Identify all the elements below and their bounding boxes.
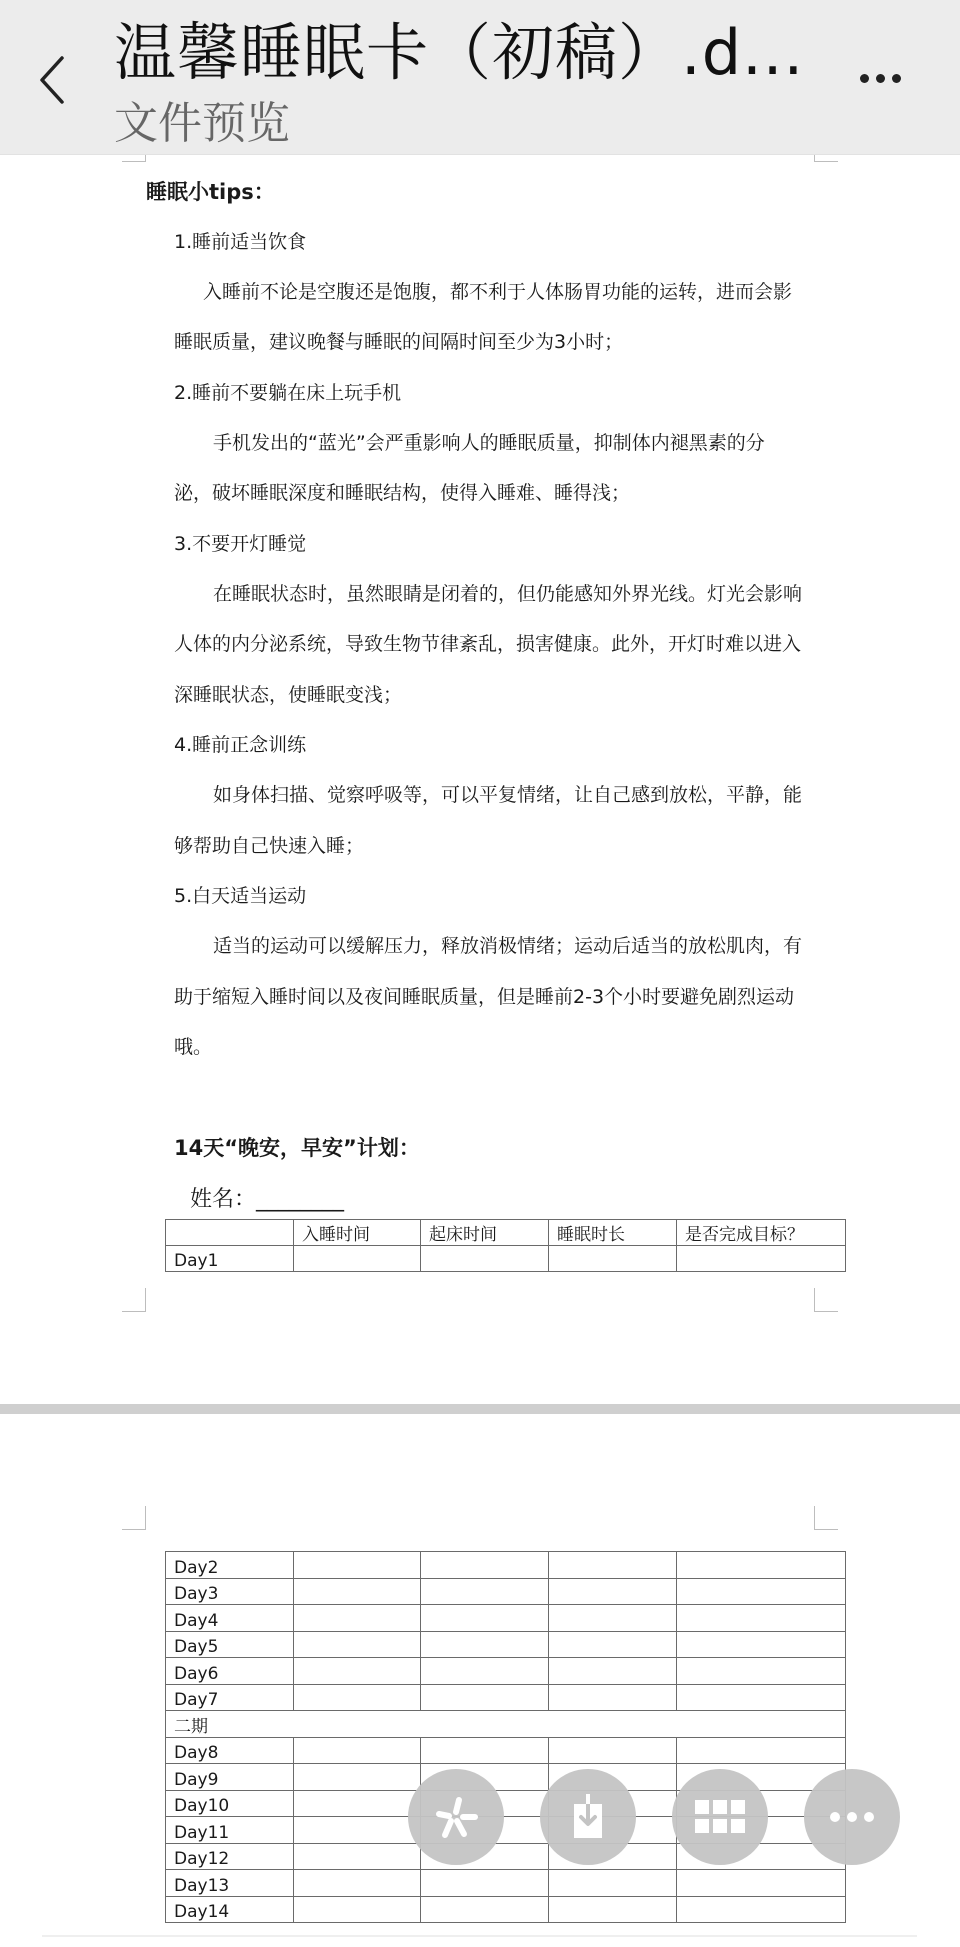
sleep-plan-table-page1: 入睡时间 起床时间 睡眠时长 是否完成目标？ Day1 bbox=[165, 1219, 846, 1272]
table-cell bbox=[677, 1631, 846, 1658]
more-horizontal-icon bbox=[829, 1811, 875, 1823]
table-cell bbox=[421, 1870, 549, 1897]
back-button[interactable] bbox=[34, 48, 74, 108]
tip-body-line: 助于缩短入睡时间以及夜间睡眠质量，但是睡前2-3个小时要避免剧烈运动 bbox=[174, 982, 794, 1009]
more-horizontal-icon bbox=[860, 74, 869, 83]
table-cell bbox=[294, 1631, 421, 1658]
day-label-cell: Day5 bbox=[166, 1631, 294, 1658]
day-label-cell: Day14 bbox=[166, 1896, 294, 1923]
tip-body-line: 在睡眠状态时，虽然眼睛是闭着的，但仍能感知外界光线。灯光会影响 bbox=[213, 579, 802, 606]
save-download-button[interactable] bbox=[540, 1769, 636, 1865]
table-cell bbox=[677, 1658, 846, 1685]
table-cell bbox=[421, 1605, 549, 1632]
table-header-cell: 入睡时间 bbox=[294, 1220, 421, 1246]
day-label-cell: Day3 bbox=[166, 1578, 294, 1605]
tip-body-line: 深睡眠状态，使睡眠变浅； bbox=[174, 680, 402, 707]
table-cell bbox=[421, 1658, 549, 1685]
page-separator bbox=[0, 1404, 960, 1414]
table-row: Day2 bbox=[166, 1552, 846, 1579]
day-label-cell: Day1 bbox=[166, 1246, 294, 1272]
tip-body-line: 睡眠质量，建议晚餐与睡眠的间隔时间至少为3小时； bbox=[174, 327, 623, 354]
table-cell bbox=[294, 1737, 421, 1764]
table-header-cell bbox=[166, 1220, 294, 1246]
tip-title: 3.不要开灯睡觉 bbox=[174, 529, 306, 556]
day-label-cell: Day7 bbox=[166, 1684, 294, 1711]
table-row: Day8 bbox=[166, 1737, 846, 1764]
page-corner-mark bbox=[814, 1506, 838, 1530]
table-cell bbox=[294, 1552, 421, 1579]
table-cell bbox=[677, 1737, 846, 1764]
table-cell bbox=[294, 1246, 421, 1272]
table-cell bbox=[421, 1684, 549, 1711]
header-subtitle: 文件预览 bbox=[114, 96, 290, 152]
table-cell bbox=[549, 1605, 677, 1632]
table-cell bbox=[677, 1605, 846, 1632]
table-cell bbox=[294, 1764, 421, 1791]
table-header-cell: 是否完成目标？ bbox=[677, 1220, 846, 1246]
table-cell bbox=[549, 1631, 677, 1658]
table-header-row: 入睡时间 起床时间 睡眠时长 是否完成目标？ bbox=[166, 1220, 846, 1246]
chevron-left-icon bbox=[34, 48, 74, 108]
table-cell bbox=[294, 1817, 421, 1844]
table-cell bbox=[677, 1896, 846, 1923]
table-cell bbox=[294, 1658, 421, 1685]
day-label-cell: Day6 bbox=[166, 1658, 294, 1685]
table-cell bbox=[294, 1578, 421, 1605]
tip-body-line: 入睡前不论是空腹还是饱腹，都不利于人体肠胃功能的运转，进而会影 bbox=[203, 277, 792, 304]
more-options-header-button[interactable] bbox=[850, 58, 910, 98]
wps-logo-button[interactable] bbox=[408, 1769, 504, 1865]
tip-body-line: 泌，破坏睡眠深度和睡眠结构，使得入睡难、睡得浅； bbox=[174, 478, 630, 505]
table-cell bbox=[421, 1896, 549, 1923]
day-label-cell: Day4 bbox=[166, 1605, 294, 1632]
sleep-plan-table-page2: Day2Day3Day4Day5Day6Day7二期Day8Day9Day10D… bbox=[165, 1551, 846, 1923]
tip-body-line: 手机发出的“蓝光”会严重影响人的睡眠质量，抑制体内褪黑素的分 bbox=[213, 428, 765, 455]
table-cell bbox=[549, 1684, 677, 1711]
table-cell bbox=[549, 1552, 677, 1579]
table-cell bbox=[549, 1896, 677, 1923]
table-cell bbox=[677, 1246, 846, 1272]
download-icon bbox=[568, 1792, 608, 1842]
wps-pinwheel-icon bbox=[431, 1792, 481, 1842]
tip-body-line: 哦。 bbox=[174, 1032, 212, 1059]
document-bottom-edge bbox=[42, 1935, 917, 1937]
dot bbox=[892, 74, 901, 83]
grid-icon bbox=[695, 1800, 745, 1834]
tip-title: 2.睡前不要躺在床上玩手机 bbox=[174, 378, 401, 405]
table-row: Day3 bbox=[166, 1578, 846, 1605]
day-label-cell: Day11 bbox=[166, 1817, 294, 1844]
table-cell bbox=[677, 1870, 846, 1897]
table-cell bbox=[294, 1684, 421, 1711]
table-cell bbox=[421, 1631, 549, 1658]
tip-title: 5.白天适当运动 bbox=[174, 881, 306, 908]
table-cell bbox=[549, 1658, 677, 1685]
tip-body-line: 够帮助自己快速入睡； bbox=[174, 831, 364, 858]
table-cell bbox=[294, 1843, 421, 1870]
table-cell bbox=[677, 1684, 846, 1711]
table-row: Day7 bbox=[166, 1684, 846, 1711]
table-row: Day5 bbox=[166, 1631, 846, 1658]
day-label-cell: Day2 bbox=[166, 1552, 294, 1579]
table-cell bbox=[294, 1896, 421, 1923]
section-row: 二期 bbox=[166, 1711, 846, 1738]
page-corner-mark bbox=[814, 1288, 838, 1312]
table-cell bbox=[421, 1246, 549, 1272]
name-field-label: 姓名：________ bbox=[190, 1182, 344, 1213]
document-title: 温馨睡眠卡（初稿）.d... bbox=[114, 14, 814, 92]
tip-body-line: 如身体扫描、觉察呼吸等，可以平复情绪，让自己感到放松，平静，能 bbox=[213, 780, 802, 807]
table-row: Day1 bbox=[166, 1246, 846, 1272]
page-corner-mark bbox=[122, 1288, 146, 1312]
table-cell bbox=[294, 1870, 421, 1897]
table-row: Day6 bbox=[166, 1658, 846, 1685]
section-label-cell: 二期 bbox=[166, 1711, 846, 1738]
table-cell bbox=[549, 1578, 677, 1605]
apps-grid-button[interactable] bbox=[672, 1769, 768, 1865]
table-row: Day13 bbox=[166, 1870, 846, 1897]
table-row: Day14 bbox=[166, 1896, 846, 1923]
day-label-cell: Day12 bbox=[166, 1843, 294, 1870]
table-cell bbox=[677, 1552, 846, 1579]
tip-body-line: 人体的内分泌系统，导致生物节律紊乱，损害健康。此外，开灯时难以进入 bbox=[174, 629, 801, 656]
day-label-cell: Day8 bbox=[166, 1737, 294, 1764]
page-corner-mark bbox=[122, 1506, 146, 1530]
table-cell bbox=[294, 1790, 421, 1817]
table-cell bbox=[421, 1578, 549, 1605]
table-cell bbox=[549, 1737, 677, 1764]
tips-heading: 睡眠小tips： bbox=[146, 176, 275, 206]
day-label-cell: Day13 bbox=[166, 1870, 294, 1897]
day-label-cell: Day9 bbox=[166, 1764, 294, 1791]
app-header: 温馨睡眠卡（初稿）.d... 文件预览 bbox=[0, 0, 960, 155]
table-header-cell: 起床时间 bbox=[421, 1220, 549, 1246]
table-cell bbox=[677, 1578, 846, 1605]
table-cell bbox=[294, 1605, 421, 1632]
dot bbox=[876, 74, 885, 83]
tip-title: 1.睡前适当饮食 bbox=[174, 227, 306, 254]
tip-title: 4.睡前正念训练 bbox=[174, 730, 306, 757]
table-cell bbox=[421, 1552, 549, 1579]
table-cell bbox=[549, 1246, 677, 1272]
day-label-cell: Day10 bbox=[166, 1790, 294, 1817]
table-cell bbox=[421, 1737, 549, 1764]
table-header-cell: 睡眠时长 bbox=[549, 1220, 677, 1246]
tip-body-line: 适当的运动可以缓解压力，释放消极情绪；运动后适当的放松肌肉，有 bbox=[213, 931, 802, 958]
table-row: Day4 bbox=[166, 1605, 846, 1632]
table-cell bbox=[549, 1870, 677, 1897]
plan-heading: 14天“晚安，早安”计划： bbox=[174, 1132, 420, 1162]
more-options-button[interactable] bbox=[804, 1769, 900, 1865]
